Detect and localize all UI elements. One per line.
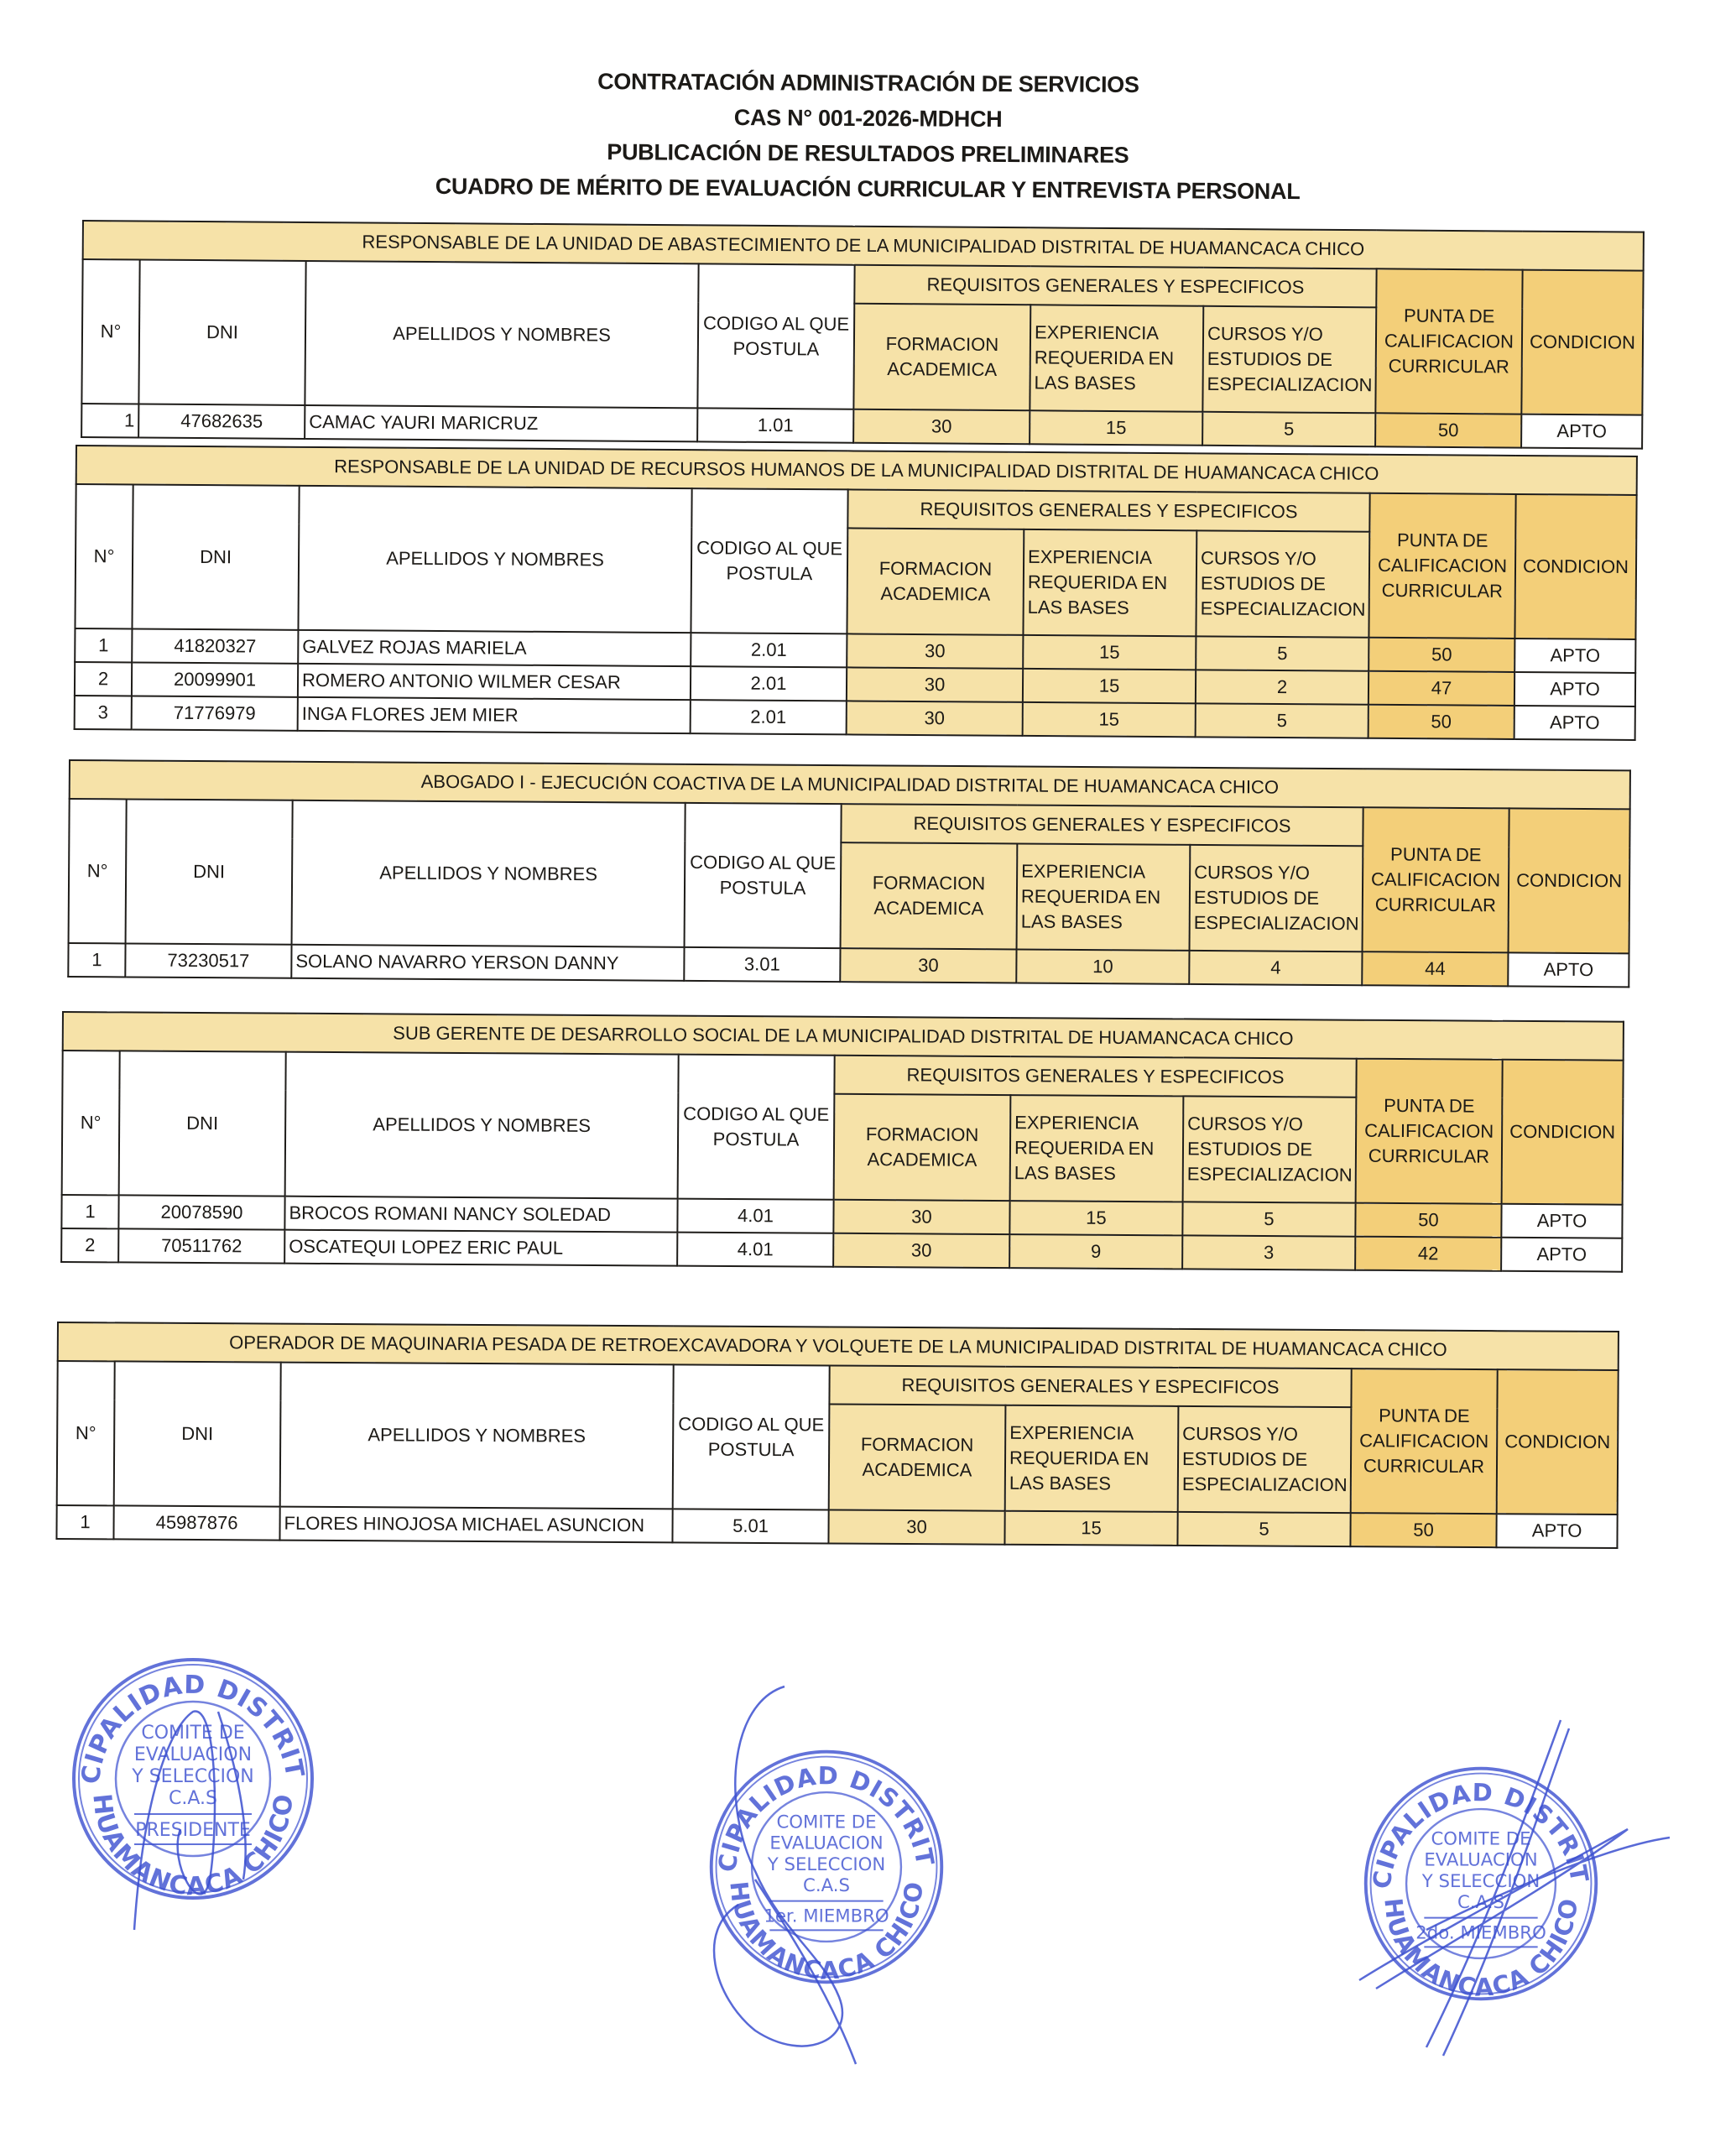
cell-score: 50 [1355,1203,1501,1238]
cell-num: 1 [68,943,125,977]
cell-code: 3.01 [684,947,840,982]
cell-formacion: 30 [833,1233,1009,1268]
col-header-cursos: CURSOS Y/OESTUDIOS DEESPECIALIZACION [1190,845,1363,951]
svg-text:C.A.S: C.A.S [1457,1892,1504,1913]
svg-text:PRESIDENTE: PRESIDENTE [135,1820,251,1841]
col-header-experiencia: EXPERIENCIAREQUERIDA ENLAS BASES [1010,1095,1184,1202]
cell-name: SOLANO NAVARRO YERSON DANNY [291,945,684,981]
cell-num: 3 [75,696,132,729]
cell-dni: 71776979 [132,696,298,730]
cell-experiencia: 15 [1009,1201,1182,1235]
svg-text:COMITE DE: COMITE DE [141,1723,244,1744]
cell-dni: 73230517 [125,943,291,978]
col-header-score: PUNTA DECALIFICACIONCURRICULAR [1351,1369,1498,1514]
svg-text:COMITE DE: COMITE DE [1431,1829,1530,1850]
col-header-code: CODIGO AL QUEPOSTULA [691,488,847,633]
col-header-cursos: CURSOS Y/OESTUDIOS DEESPECIALIZACION [1183,1096,1357,1202]
cell-dni: 47682635 [138,404,305,438]
col-header-experiencia: EXPERIENCIAREQUERIDA ENLAS BASES [1017,843,1191,950]
col-header-experiencia: EXPERIENCIAREQUERIDA ENLAS BASES [1005,1405,1179,1512]
svg-text:C.A.S: C.A.S [169,1788,217,1809]
cell-experiencia: 15 [1030,410,1202,446]
cell-code: 5.01 [672,1509,828,1543]
col-header-experiencia: EXPERIENCIAREQUERIDA ENLAS BASES [1023,529,1196,636]
cell-score: 42 [1355,1237,1501,1271]
cell-experiencia: 15 [1004,1511,1177,1546]
cell-cursos: 5 [1196,703,1368,738]
cell-condition: APTO [1501,1238,1622,1272]
cell-code: 2.01 [691,700,847,734]
svg-text:Y SELECCION: Y SELECCION [767,1854,885,1875]
cell-score: 50 [1375,413,1521,447]
cell-cursos: 3 [1182,1235,1355,1270]
cell-num: 2 [61,1228,118,1262]
svg-text:2do. MIEMBRO: 2do. MIEMBRO [1415,1923,1546,1944]
cell-code: 4.01 [677,1199,833,1233]
col-header-condition: CONDICION [1521,270,1643,415]
col-header-formacion: FORMACIONACADEMICA [853,304,1030,411]
col-header-name: APELLIDOS Y NOMBRES [285,1052,679,1199]
merit-section: SUB GERENTE DE DESARROLLO SOCIAL DE LA M… [60,1011,1623,1273]
seal-icon: MUNICIPALIDAD DISTRITAL DEHUAMANCACA CHI… [1359,1762,1603,2005]
merit-section: OPERADOR DE MAQUINARIA PESADA DE RETROEX… [55,1322,1618,1549]
cell-score: 50 [1368,705,1514,739]
cell-experiencia: 15 [1023,635,1196,670]
merit-table: RESPONSABLE DE LA UNIDAD DE RECURSOS HUM… [74,445,1638,741]
cell-code: 2.01 [691,666,847,701]
col-header-formacion: FORMACIONACADEMICA [847,528,1024,634]
cell-formacion: 30 [847,701,1023,735]
cell-score: 50 [1368,638,1514,672]
svg-text:1er. MIEMBRO: 1er. MIEMBRO [764,1906,889,1927]
cell-name: BROCOS ROMANI NANCY SOLEDAD [284,1197,677,1233]
merit-table: ABOGADO I - EJECUCIÓN COACTIVA DE LA MUN… [67,759,1631,988]
cell-num: 1 [75,628,132,662]
cell-dni: 45987876 [113,1505,279,1540]
merit-section: ABOGADO I - EJECUCIÓN COACTIVA DE LA MUN… [67,759,1629,988]
svg-text:Y SELECCION: Y SELECCION [1421,1871,1540,1892]
col-header-condition: CONDICION [1502,1060,1624,1205]
cell-condition: APTO [1496,1514,1617,1548]
cell-score: 44 [1362,951,1508,986]
col-header-code: CODIGO AL QUEPOSTULA [673,1364,830,1509]
cell-condition: APTO [1501,1204,1622,1238]
col-header-requirements-group: REQUISITOS GENERALES Y ESPECIFICOS [841,804,1363,846]
col-header-dni: DNI [119,1051,286,1196]
cell-experiencia: 9 [1009,1234,1182,1269]
cell-num: 2 [75,662,132,696]
col-header-code: CODIGO AL QUEPOSTULA [685,803,842,948]
svg-text:EVALUACION: EVALUACION [769,1833,883,1854]
col-header-cursos: CURSOS Y/OESTUDIOS DEESPECIALIZACION [1196,530,1369,637]
col-header-name: APELLIDOS Y NOMBRES [292,800,686,947]
col-header-requirements-group: REQUISITOS GENERALES Y ESPECIFICOS [847,489,1369,531]
cell-cursos: 5 [1182,1202,1355,1236]
merit-section: RESPONSABLE DE LA UNIDAD DE RECURSOS HUM… [74,445,1636,741]
col-header-code: CODIGO AL QUEPOSTULA [697,263,854,409]
svg-text:C.A.S: C.A.S [803,1875,850,1896]
cell-formacion: 30 [828,1509,1004,1544]
cell-num: 1 [81,404,138,437]
cell-score: 50 [1350,1513,1496,1547]
col-header-num: N° [81,259,139,404]
cell-name: INGA FLORES JEM MIER [298,697,691,733]
col-header-dni: DNI [132,484,299,629]
stamp-second-member: MUNICIPALIDAD DISTRITAL DEHUAMANCACA CHI… [1359,1762,1603,2005]
col-header-requirements-group: REQUISITOS GENERALES Y ESPECIFICOS [834,1056,1356,1097]
stamp-presidente: MUNICIPALIDAD DISTRITAL DEHUAMANCACA CHI… [67,1653,319,1905]
col-header-cursos: CURSOS Y/OESTUDIOS DEESPECIALIZACION [1178,1406,1352,1513]
cell-condition: APTO [1514,639,1635,673]
cell-dni: 20078590 [118,1195,284,1229]
cell-experiencia: 10 [1016,949,1189,983]
cell-experiencia: 15 [1023,669,1196,703]
cell-condition: APTO [1514,706,1635,740]
col-header-score: PUNTA DECALIFICACIONCURRICULAR [1356,1059,1503,1204]
cell-cursos: 5 [1202,412,1375,447]
cell-cursos: 5 [1177,1512,1350,1546]
cell-condition: APTO [1508,952,1629,987]
col-header-code: CODIGO AL QUEPOSTULA [678,1055,835,1200]
merit-table: OPERADOR DE MAQUINARIA PESADA DE RETROEX… [55,1322,1619,1549]
merit-table: SUB GERENTE DE DESARROLLO SOCIAL DE LA M… [60,1011,1624,1273]
merit-section: RESPONSABLE DE LA UNIDAD DE ABASTECIMIEN… [81,220,1643,450]
seal-icon: MUNICIPALIDAD DISTRITAL DEHUAMANCACA CHI… [67,1653,319,1905]
col-header-condition: CONDICION [1497,1369,1619,1515]
cell-score: 47 [1368,671,1514,706]
cell-code: 1.01 [697,408,853,442]
cell-dni: 20099901 [132,662,298,696]
col-header-name: APELLIDOS Y NOMBRES [298,486,691,633]
col-header-requirements-group: REQUISITOS GENERALES Y ESPECIFICOS [854,265,1376,308]
cell-num: 1 [56,1505,113,1539]
cell-num: 1 [61,1195,118,1228]
col-header-experiencia: EXPERIENCIAREQUERIDA ENLAS BASES [1030,305,1203,412]
cell-name: CAMAC YAURI MARICRUZ [305,405,697,441]
col-header-condition: CONDICION [1509,808,1630,953]
cell-condition: APTO [1521,414,1642,449]
svg-text:COMITE DE: COMITE DE [776,1812,876,1833]
stamp-first-member: MUNICIPALIDAD DISTRITAL DEHUAMANCACA CHI… [705,1745,948,1989]
col-header-formacion: FORMACIONACADEMICA [829,1404,1006,1510]
col-header-condition: CONDICION [1514,494,1636,639]
cell-name: FLORES HINOJOSA MICHAEL ASUNCION [279,1507,672,1543]
cell-formacion: 30 [853,409,1030,445]
cell-dni: 41820327 [132,628,298,663]
merit-table: RESPONSABLE DE LA UNIDAD DE ABASTECIMIEN… [81,220,1645,450]
cell-formacion: 30 [847,633,1023,668]
cell-cursos: 2 [1196,670,1368,704]
col-header-score: PUNTA DECALIFICACIONCURRICULAR [1368,493,1515,639]
cell-cursos: 4 [1189,951,1362,985]
col-header-num: N° [62,1051,120,1195]
col-header-name: APELLIDOS Y NOMBRES [280,1363,674,1509]
col-header-formacion: FORMACIONACADEMICA [841,842,1018,949]
document-header: CONTRATACIÓN ADMINISTRACIÓN DE SERVICIOS… [0,60,1736,212]
cell-name: GALVEZ ROJAS MARIELA [298,630,691,666]
seal-icon: MUNICIPALIDAD DISTRITAL DEHUAMANCACA CHI… [705,1745,948,1989]
col-header-num: N° [69,799,127,943]
cell-formacion: 30 [833,1200,1009,1234]
col-header-dni: DNI [114,1361,281,1506]
col-header-dni: DNI [126,799,293,944]
cell-formacion: 30 [847,667,1023,701]
col-header-name: APELLIDOS Y NOMBRES [305,261,698,408]
svg-text:EVALUACION: EVALUACION [1424,1850,1537,1871]
col-header-formacion: FORMACIONACADEMICA [834,1094,1011,1201]
svg-text:EVALUACION: EVALUACION [134,1744,252,1765]
col-header-score: PUNTA DECALIFICACIONCURRICULAR [1375,268,1522,414]
cell-code: 2.01 [691,633,847,667]
cell-experiencia: 15 [1023,702,1196,737]
col-header-score: PUNTA DECALIFICACIONCURRICULAR [1363,807,1509,952]
cell-formacion: 30 [840,948,1016,983]
col-header-dni: DNI [138,260,305,405]
cell-cursos: 5 [1196,636,1368,670]
col-header-num: N° [75,484,133,628]
col-header-num: N° [57,1361,115,1505]
cell-condition: APTO [1514,672,1635,706]
col-header-requirements-group: REQUISITOS GENERALES Y ESPECIFICOS [829,1365,1351,1407]
cell-name: OSCATEQUI LOPEZ ERIC PAUL [284,1230,677,1266]
cell-dni: 70511762 [118,1228,284,1263]
cell-name: ROMERO ANTONIO WILMER CESAR [298,664,691,700]
cell-code: 4.01 [677,1233,833,1267]
svg-text:Y SELECCION: Y SELECCION [131,1766,253,1787]
col-header-cursos: CURSOS Y/OESTUDIOS DEESPECIALIZACION [1202,306,1376,414]
